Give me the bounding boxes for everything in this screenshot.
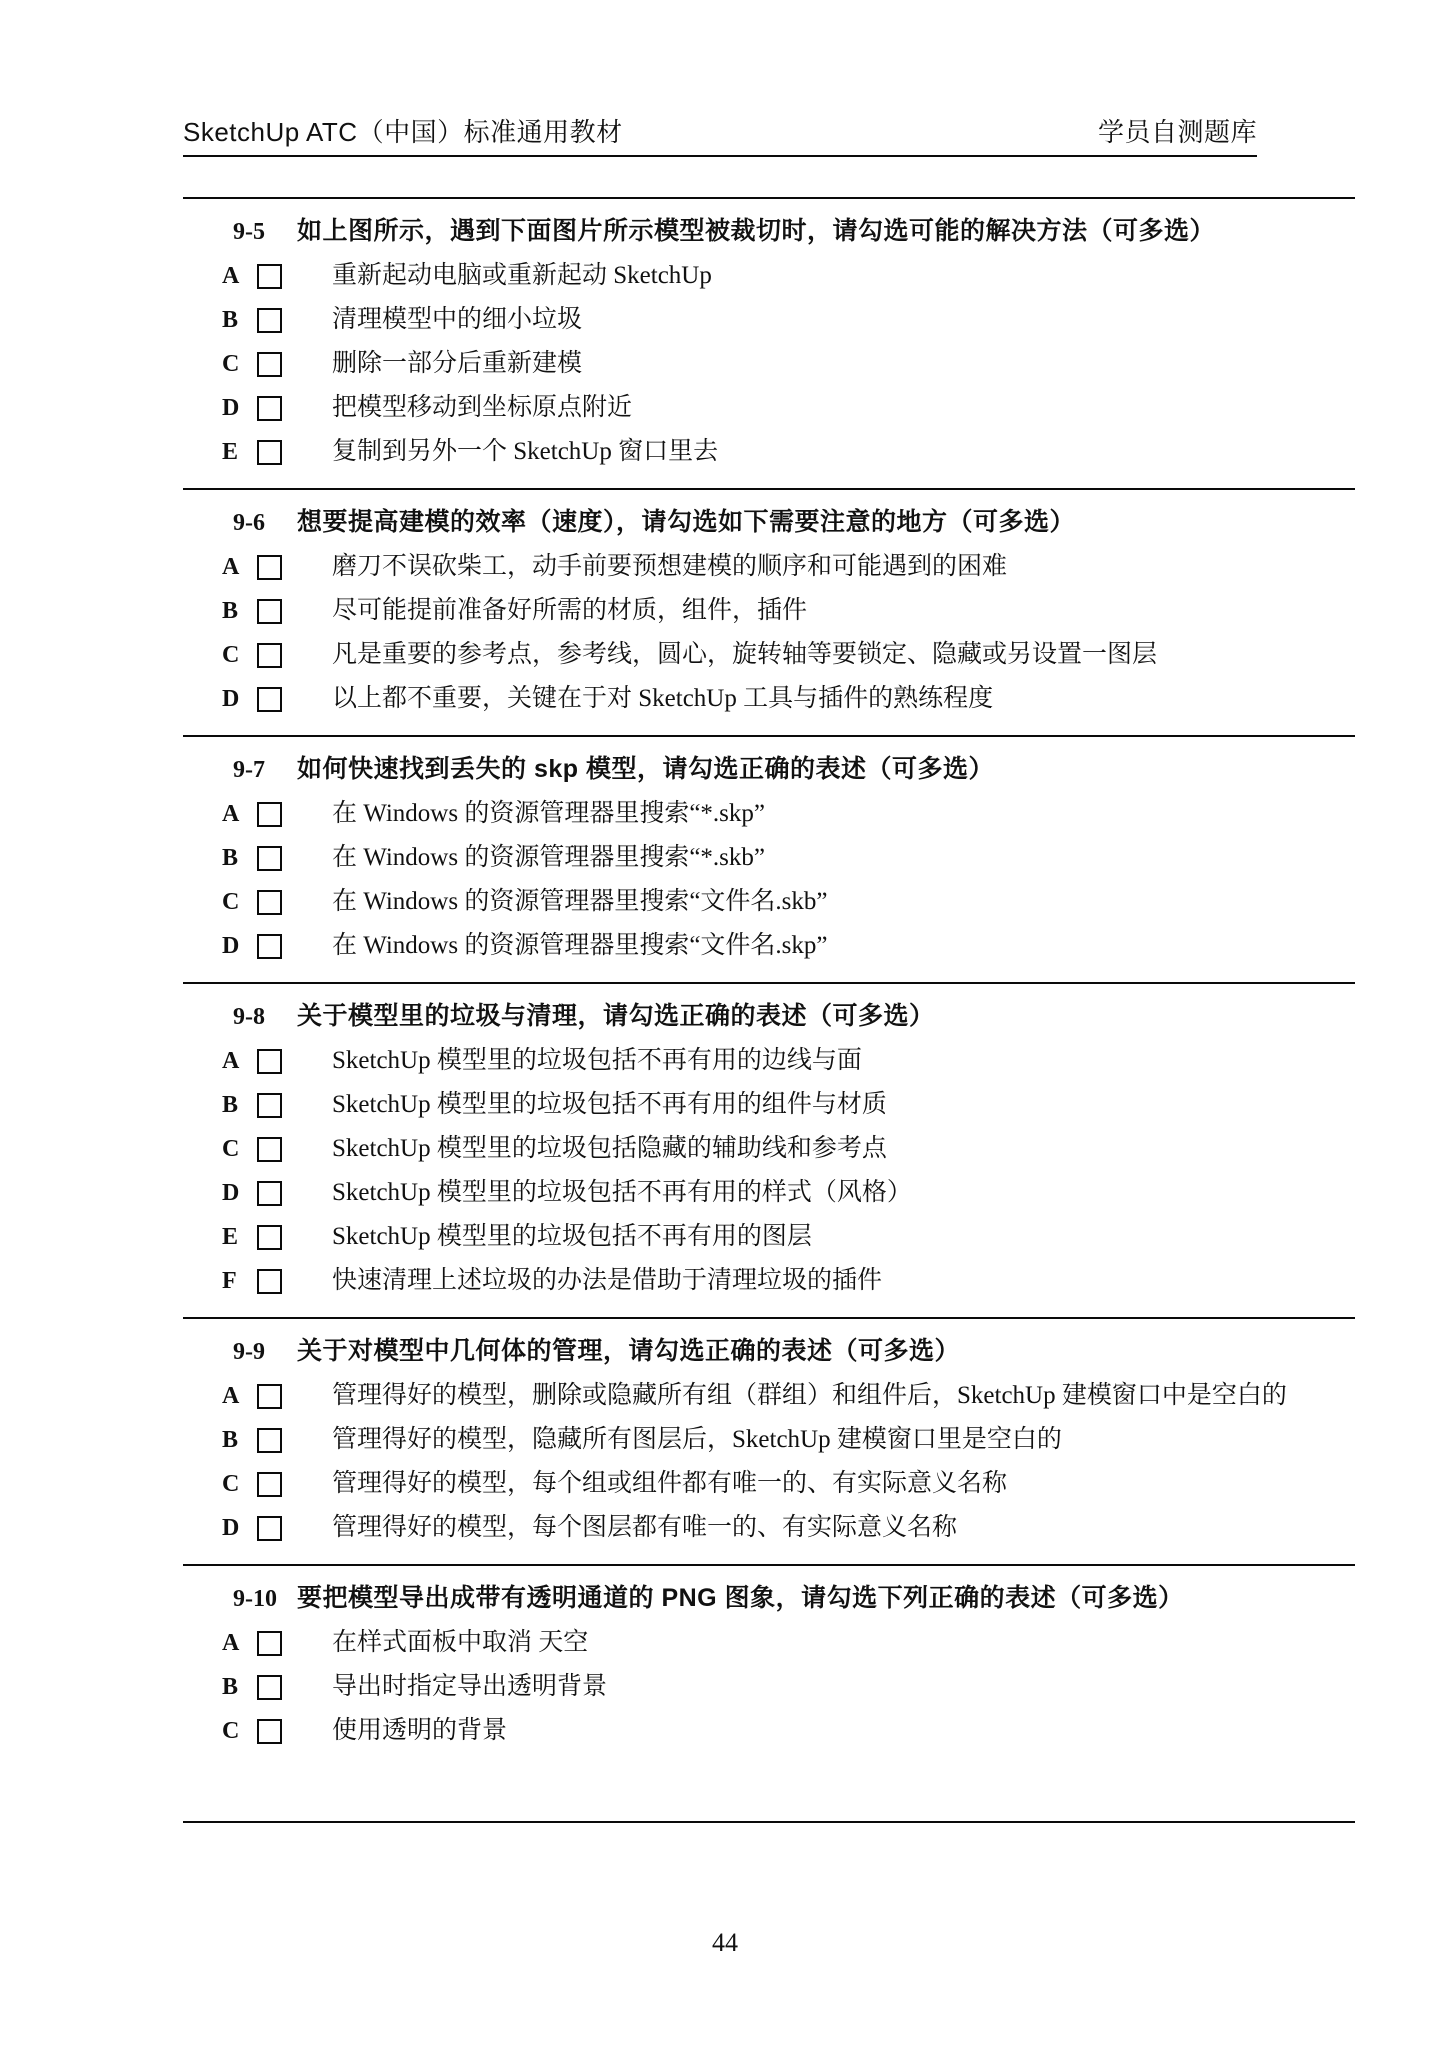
option-row: D 在 Windows 的资源管理器里搜索“文件名.skp” <box>183 930 1355 962</box>
option-checkbox[interactable] <box>257 555 282 580</box>
option-row: A 在样式面板中取消 天空 <box>183 1627 1355 1659</box>
option-text: SketchUp 模型里的垃圾包括不再有用的图层 <box>332 1221 812 1253</box>
option-text: 管理得好的模型，每个图层都有唯一的、有实际意义名称 <box>332 1512 957 1544</box>
option-checkbox[interactable] <box>257 1719 282 1744</box>
option-checkbox[interactable] <box>257 352 282 377</box>
option-text: 使用透明的背景 <box>332 1715 507 1747</box>
option-letter: D <box>222 392 257 424</box>
question-title: 如何快速找到丢失的 skp 模型，请勾选正确的表述（可多选） <box>297 753 994 785</box>
option-row: B 管理得好的模型，隐藏所有图层后，SketchUp 建模窗口里是空白的 <box>183 1424 1355 1456</box>
question-number: 9-5 <box>233 216 297 248</box>
option-letter: B <box>222 1671 257 1703</box>
question-title-row: 9-10 要把模型导出成带有透明通道的 PNG 图象，请勾选下列正确的表述（可多… <box>183 1582 1355 1615</box>
option-checkbox[interactable] <box>257 890 282 915</box>
option-row: D 把模型移动到坐标原点附近 <box>183 392 1355 424</box>
option-text: 磨刀不误砍柴工，动手前要预想建模的顺序和可能遇到的困难 <box>332 551 1007 583</box>
option-text: 以上都不重要，关键在于对 SketchUp 工具与插件的熟练程度 <box>332 683 993 715</box>
option-text: 在 Windows 的资源管理器里搜索“*.skp” <box>332 798 765 830</box>
option-text: 在样式面板中取消 天空 <box>332 1627 588 1659</box>
option-checkbox[interactable] <box>257 264 282 289</box>
option-row: C 使用透明的背景 <box>183 1715 1355 1747</box>
option-text: 快速清理上述垃圾的办法是借助于清理垃圾的插件 <box>332 1265 882 1297</box>
option-checkbox[interactable] <box>257 1225 282 1250</box>
option-checkbox[interactable] <box>257 1093 282 1118</box>
option-text: 在 Windows 的资源管理器里搜索“*.skb” <box>332 842 765 874</box>
option-text: SketchUp 模型里的垃圾包括不再有用的样式（风格） <box>332 1177 912 1209</box>
option-list: A 重新起动电脑或重新起动 SketchUp B 清理模型中的细小垃圾 C 删除… <box>183 260 1355 468</box>
option-letter: D <box>222 1177 257 1209</box>
option-letter: E <box>222 436 257 468</box>
question-number: 9-7 <box>233 754 297 786</box>
option-checkbox[interactable] <box>257 1428 282 1453</box>
option-text: 管理得好的模型，每个组或组件都有唯一的、有实际意义名称 <box>332 1468 1007 1500</box>
question-title: 关于模型里的垃圾与清理，请勾选正确的表述（可多选） <box>297 1000 935 1032</box>
option-letter: B <box>222 595 257 627</box>
option-row: B 导出时指定导出透明背景 <box>183 1671 1355 1703</box>
option-row: A 管理得好的模型，删除或隐藏所有组（群组）和组件后，SketchUp 建模窗口… <box>183 1380 1355 1412</box>
option-row: E SketchUp 模型里的垃圾包括不再有用的图层 <box>183 1221 1355 1253</box>
question-title-row: 9-5 如上图所示，遇到下面图片所示模型被裁切时，请勾选可能的解决方法（可多选） <box>183 215 1355 248</box>
option-checkbox[interactable] <box>257 1137 282 1162</box>
option-letter: E <box>222 1221 257 1253</box>
option-row: B 尽可能提前准备好所需的材质，组件，插件 <box>183 595 1355 627</box>
option-text: 导出时指定导出透明背景 <box>332 1671 607 1703</box>
question-title: 关于对模型中几何体的管理，请勾选正确的表述（可多选） <box>297 1335 960 1367</box>
option-text: 删除一部分后重新建模 <box>332 348 582 380</box>
option-row: D SketchUp 模型里的垃圾包括不再有用的样式（风格） <box>183 1177 1355 1209</box>
option-letter: D <box>222 683 257 715</box>
page-bottom-rule <box>183 1821 1355 1823</box>
option-row: A SketchUp 模型里的垃圾包括不再有用的边线与面 <box>183 1045 1355 1077</box>
option-checkbox[interactable] <box>257 687 282 712</box>
option-letter: C <box>222 348 257 380</box>
option-text: SketchUp 模型里的垃圾包括隐藏的辅助线和参考点 <box>332 1133 887 1165</box>
question-title-row: 9-7 如何快速找到丢失的 skp 模型，请勾选正确的表述（可多选） <box>183 753 1355 786</box>
option-letter: A <box>222 260 257 292</box>
option-checkbox[interactable] <box>257 1384 282 1409</box>
question-number: 9-9 <box>233 1336 297 1368</box>
question-title-row: 9-6 想要提高建模的效率（速度），请勾选如下需要注意的地方（可多选） <box>183 506 1355 539</box>
option-checkbox[interactable] <box>257 1516 282 1541</box>
option-letter: A <box>222 798 257 830</box>
question-title-row: 9-9 关于对模型中几何体的管理，请勾选正确的表述（可多选） <box>183 1335 1355 1368</box>
option-text: 复制到另外一个 SketchUp 窗口里去 <box>332 436 718 468</box>
option-letter: C <box>222 639 257 671</box>
option-checkbox[interactable] <box>257 1049 282 1074</box>
option-letter: A <box>222 551 257 583</box>
option-checkbox[interactable] <box>257 1269 282 1294</box>
option-checkbox[interactable] <box>257 802 282 827</box>
option-checkbox[interactable] <box>257 440 282 465</box>
option-text: 在 Windows 的资源管理器里搜索“文件名.skb” <box>332 886 828 918</box>
option-list: A 在样式面板中取消 天空 B 导出时指定导出透明背景 C 使用透明的背景 <box>183 1627 1355 1747</box>
option-checkbox[interactable] <box>257 396 282 421</box>
option-text: 尽可能提前准备好所需的材质，组件，插件 <box>332 595 807 627</box>
option-row: E 复制到另外一个 SketchUp 窗口里去 <box>183 436 1355 468</box>
question-section: 9-6 想要提高建模的效率（速度），请勾选如下需要注意的地方（可多选） A 磨刀… <box>183 488 1355 735</box>
option-row: B 清理模型中的细小垃圾 <box>183 304 1355 336</box>
question-number: 9-6 <box>233 507 297 539</box>
option-list: A SketchUp 模型里的垃圾包括不再有用的边线与面 B SketchUp … <box>183 1045 1355 1297</box>
option-text: 把模型移动到坐标原点附近 <box>332 392 632 424</box>
option-letter: B <box>222 1424 257 1456</box>
option-checkbox[interactable] <box>257 934 282 959</box>
option-list: A 管理得好的模型，删除或隐藏所有组（群组）和组件后，SketchUp 建模窗口… <box>183 1380 1355 1544</box>
option-letter: A <box>222 1045 257 1077</box>
option-checkbox[interactable] <box>257 1181 282 1206</box>
questions: 9-5 如上图所示，遇到下面图片所示模型被裁切时，请勾选可能的解决方法（可多选）… <box>183 197 1355 1823</box>
page-header: SketchUp ATC（中国）标准通用教材 学员自测题库 <box>183 112 1257 157</box>
question-section: 9-7 如何快速找到丢失的 skp 模型，请勾选正确的表述（可多选） A 在 W… <box>183 735 1355 982</box>
question-section: 9-5 如上图所示，遇到下面图片所示模型被裁切时，请勾选可能的解决方法（可多选）… <box>183 197 1355 488</box>
question-section: 9-10 要把模型导出成带有透明通道的 PNG 图象，请勾选下列正确的表述（可多… <box>183 1564 1355 1767</box>
option-row: D 管理得好的模型，每个图层都有唯一的、有实际意义名称 <box>183 1512 1355 1544</box>
option-text: SketchUp 模型里的垃圾包括不再有用的组件与材质 <box>332 1089 887 1121</box>
option-checkbox[interactable] <box>257 1675 282 1700</box>
option-letter: C <box>222 1715 257 1747</box>
header-right-title: 学员自测题库 <box>1098 112 1257 149</box>
option-row: B SketchUp 模型里的垃圾包括不再有用的组件与材质 <box>183 1089 1355 1121</box>
option-letter: F <box>222 1265 257 1297</box>
option-letter: B <box>222 304 257 336</box>
option-text: 清理模型中的细小垃圾 <box>332 304 582 336</box>
option-letter: B <box>222 1089 257 1121</box>
option-letter: B <box>222 842 257 874</box>
option-text: 管理得好的模型，隐藏所有图层后，SketchUp 建模窗口里是空白的 <box>332 1424 1062 1456</box>
option-letter: C <box>222 886 257 918</box>
question-section: 9-9 关于对模型中几何体的管理，请勾选正确的表述（可多选） A 管理得好的模型… <box>183 1317 1355 1564</box>
option-row: D 以上都不重要，关键在于对 SketchUp 工具与插件的熟练程度 <box>183 683 1355 715</box>
question-title-row: 9-8 关于模型里的垃圾与清理，请勾选正确的表述（可多选） <box>183 1000 1355 1033</box>
option-row: B 在 Windows 的资源管理器里搜索“*.skb” <box>183 842 1355 874</box>
option-list: A 在 Windows 的资源管理器里搜索“*.skp” B 在 Windows… <box>183 798 1355 962</box>
question-title: 想要提高建模的效率（速度），请勾选如下需要注意的地方（可多选） <box>297 506 1075 538</box>
option-text: 凡是重要的参考点，参考线，圆心，旋转轴等要锁定、隐藏或另设置一图层 <box>332 639 1157 671</box>
option-text: SketchUp 模型里的垃圾包括不再有用的边线与面 <box>332 1045 862 1077</box>
option-row: C SketchUp 模型里的垃圾包括隐藏的辅助线和参考点 <box>183 1133 1355 1165</box>
option-row: A 重新起动电脑或重新起动 SketchUp <box>183 260 1355 292</box>
option-checkbox[interactable] <box>257 1472 282 1497</box>
option-row: A 磨刀不误砍柴工，动手前要预想建模的顺序和可能遇到的困难 <box>183 551 1355 583</box>
option-list: A 磨刀不误砍柴工，动手前要预想建模的顺序和可能遇到的困难 B 尽可能提前准备好… <box>183 551 1355 715</box>
option-text: 在 Windows 的资源管理器里搜索“文件名.skp” <box>332 930 828 962</box>
option-letter: D <box>222 1512 257 1544</box>
option-row: C 删除一部分后重新建模 <box>183 348 1355 380</box>
option-letter: D <box>222 930 257 962</box>
option-letter: C <box>222 1468 257 1500</box>
option-text: 管理得好的模型，删除或隐藏所有组（群组）和组件后，SketchUp 建模窗口中是… <box>332 1380 1287 1412</box>
option-text: 重新起动电脑或重新起动 SketchUp <box>332 260 712 292</box>
option-row: F 快速清理上述垃圾的办法是借助于清理垃圾的插件 <box>183 1265 1355 1297</box>
option-checkbox[interactable] <box>257 308 282 333</box>
document-page: SketchUp ATC（中国）标准通用教材 学员自测题库 9-5 如上图所示，… <box>0 0 1450 2048</box>
question-section: 9-8 关于模型里的垃圾与清理，请勾选正确的表述（可多选） A SketchUp… <box>183 982 1355 1317</box>
question-title: 要把模型导出成带有透明通道的 PNG 图象，请勾选下列正确的表述（可多选） <box>297 1582 1184 1614</box>
option-letter: A <box>222 1380 257 1412</box>
option-row: C 在 Windows 的资源管理器里搜索“文件名.skb” <box>183 886 1355 918</box>
option-checkbox[interactable] <box>257 1631 282 1656</box>
option-checkbox[interactable] <box>257 846 282 871</box>
option-letter: C <box>222 1133 257 1165</box>
option-row: C 凡是重要的参考点，参考线，圆心，旋转轴等要锁定、隐藏或另设置一图层 <box>183 639 1355 671</box>
question-number: 9-8 <box>233 1001 297 1033</box>
option-row: C 管理得好的模型，每个组或组件都有唯一的、有实际意义名称 <box>183 1468 1355 1500</box>
option-checkbox[interactable] <box>257 643 282 668</box>
option-checkbox[interactable] <box>257 599 282 624</box>
option-letter: A <box>222 1627 257 1659</box>
option-row: A 在 Windows 的资源管理器里搜索“*.skp” <box>183 798 1355 830</box>
page-number: 44 <box>0 1928 1450 1958</box>
question-title: 如上图所示，遇到下面图片所示模型被裁切时，请勾选可能的解决方法（可多选） <box>297 215 1215 247</box>
header-left-title: SketchUp ATC（中国）标准通用教材 <box>183 112 623 149</box>
question-number: 9-10 <box>233 1583 297 1615</box>
